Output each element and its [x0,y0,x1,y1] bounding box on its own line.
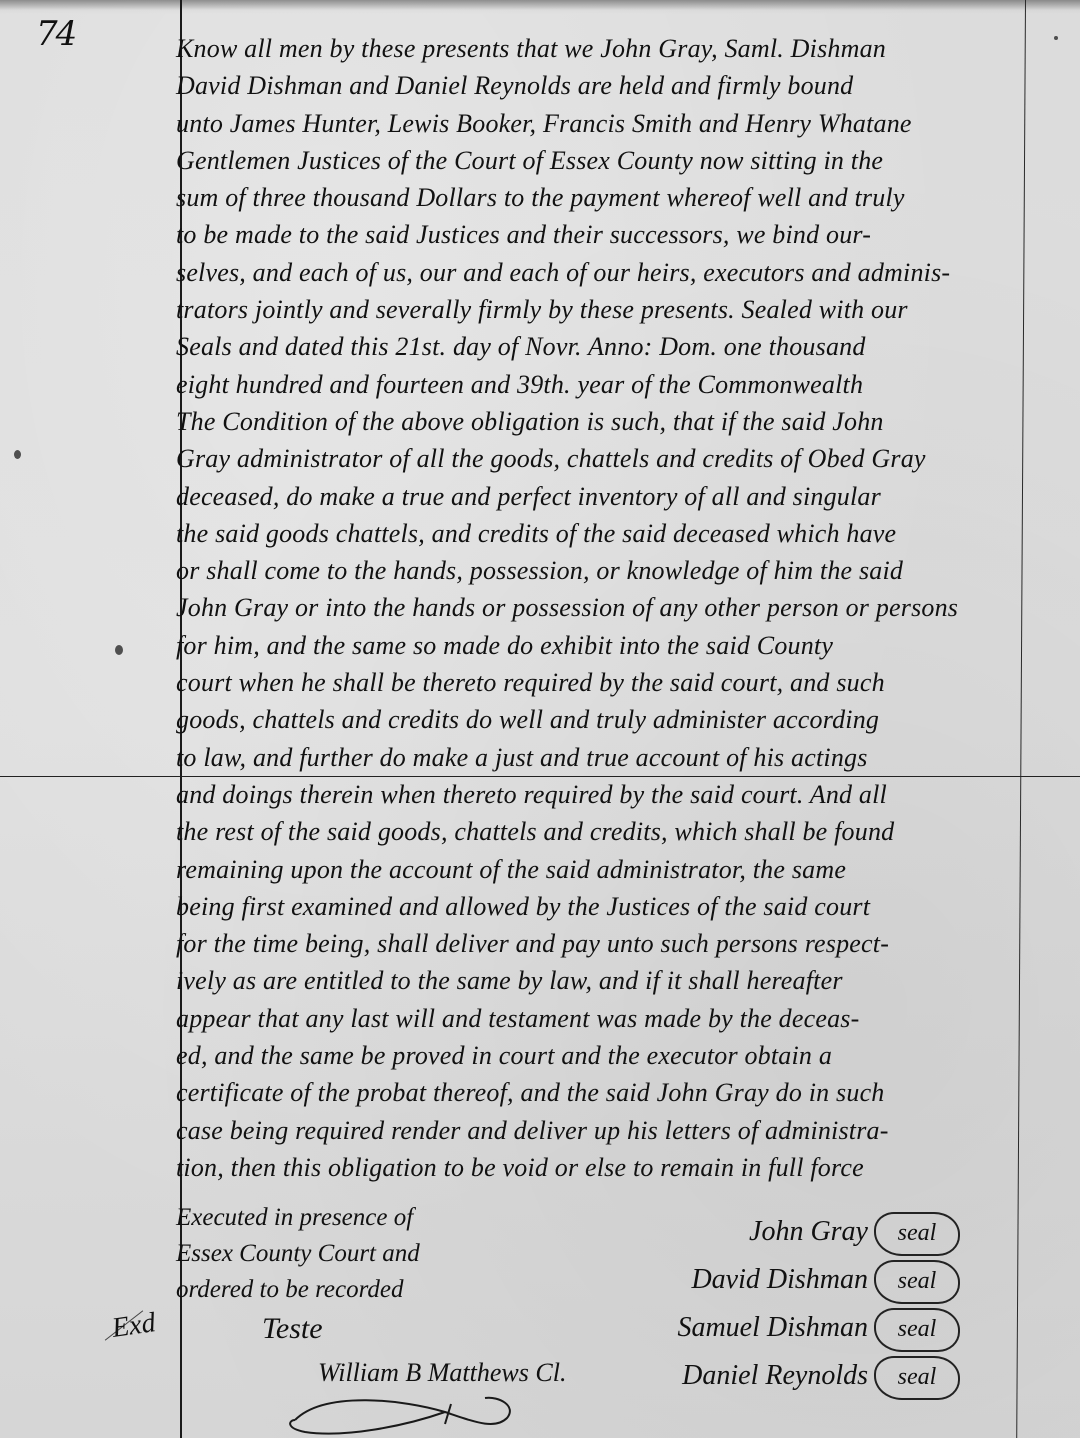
text-line: court when he shall be thereto required … [176,664,1016,701]
signatures-block: John Gray seal David Dishman seal Samuel… [600,1208,980,1400]
text-line: Know all men by these presents that we J… [176,30,1016,67]
document-page: 74 Know all men by these presents that w… [0,0,1080,1438]
signature-name: Daniel Reynolds [682,1352,868,1400]
teste-label: Teste [262,1312,323,1346]
text-line: goods, chattels and credits do well and … [176,701,1016,738]
text-line: and doings therein when thereto required… [176,776,1016,813]
text-line: Gray administrator of all the goods, cha… [176,440,1016,477]
text-line: the rest of the said goods, chattels and… [176,813,1016,850]
margin-note: Exd [110,1307,158,1345]
ink-blot [1054,36,1058,40]
attestation-block: Executed in presence of Essex County Cou… [176,1200,496,1308]
text-line: ed, and the same be proved in court and … [176,1037,1016,1074]
text-line: for the time being, shall deliver and pa… [176,925,1016,962]
text-line: or shall come to the hands, possession, … [176,552,1016,589]
signature-row: Daniel Reynolds seal [600,1352,980,1400]
bond-body-text: Know all men by these presents that we J… [176,30,1016,1186]
text-line: the said goods chattels, and credits of … [176,515,1016,552]
seal-icon: seal [874,1356,960,1400]
text-line: deceased, do make a true and perfect inv… [176,478,1016,515]
text-line: being first examined and allowed by the … [176,888,1016,925]
signature-row: Samuel Dishman seal [600,1304,980,1352]
ink-blot [14,450,21,459]
text-line: case being required render and deliver u… [176,1112,1016,1149]
seal-icon: seal [874,1260,960,1304]
text-line: certificate of the probat thereof, and t… [176,1074,1016,1111]
text-line: tion, then this obligation to be void or… [176,1149,1016,1186]
seal-icon: seal [874,1212,960,1256]
text-line: appear that any last will and testament … [176,1000,1016,1037]
signature-name: Samuel Dishman [677,1304,868,1352]
text-line: to be made to the said Justices and thei… [176,216,1016,253]
text-line: unto James Hunter, Lewis Booker, Francis… [176,105,1016,142]
text-line: eight hundred and fourteen and 39th. yea… [176,366,1016,403]
seal-icon: seal [874,1308,960,1352]
signature-name: John Gray [749,1208,868,1256]
text-line: David Dishman and Daniel Reynolds are he… [176,67,1016,104]
text-line: selves, and each of us, our and each of … [176,254,1016,291]
attestation-line: Executed in presence of [176,1200,496,1236]
text-line: Gentlemen Justices of the Court of Essex… [176,142,1016,179]
scan-edge-shadow [0,0,1080,10]
signature-row: John Gray seal [600,1208,980,1256]
text-line: trators jointly and severally firmly by … [176,291,1016,328]
text-line: ively as are entitled to the same by law… [176,962,1016,999]
text-line: for him, and the same so made do exhibit… [176,627,1016,664]
attestation-line: ordered to be recorded [176,1272,496,1308]
condition-heading-line: The Condition of the above obligation is… [176,403,1016,440]
right-margin-rule [1016,0,1026,1438]
text-line: Seals and dated this 21st. day of Novr. … [176,328,1016,365]
text-line: John Gray or into the hands or possessio… [176,589,1016,626]
attestation-line: Essex County Court and [176,1236,496,1272]
page-number: 74 [36,14,75,54]
signature-flourish-icon [285,1390,515,1438]
text-line: sum of three thousand Dollars to the pay… [176,179,1016,216]
signature-row: David Dishman seal [600,1256,980,1304]
text-line: to law, and further do make a just and t… [176,739,1016,776]
signature-name: David Dishman [691,1256,868,1304]
text-line: remaining upon the account of the said a… [176,851,1016,888]
ink-blot [115,645,123,655]
clerk-signature: William B Matthews Cl. [318,1358,566,1388]
